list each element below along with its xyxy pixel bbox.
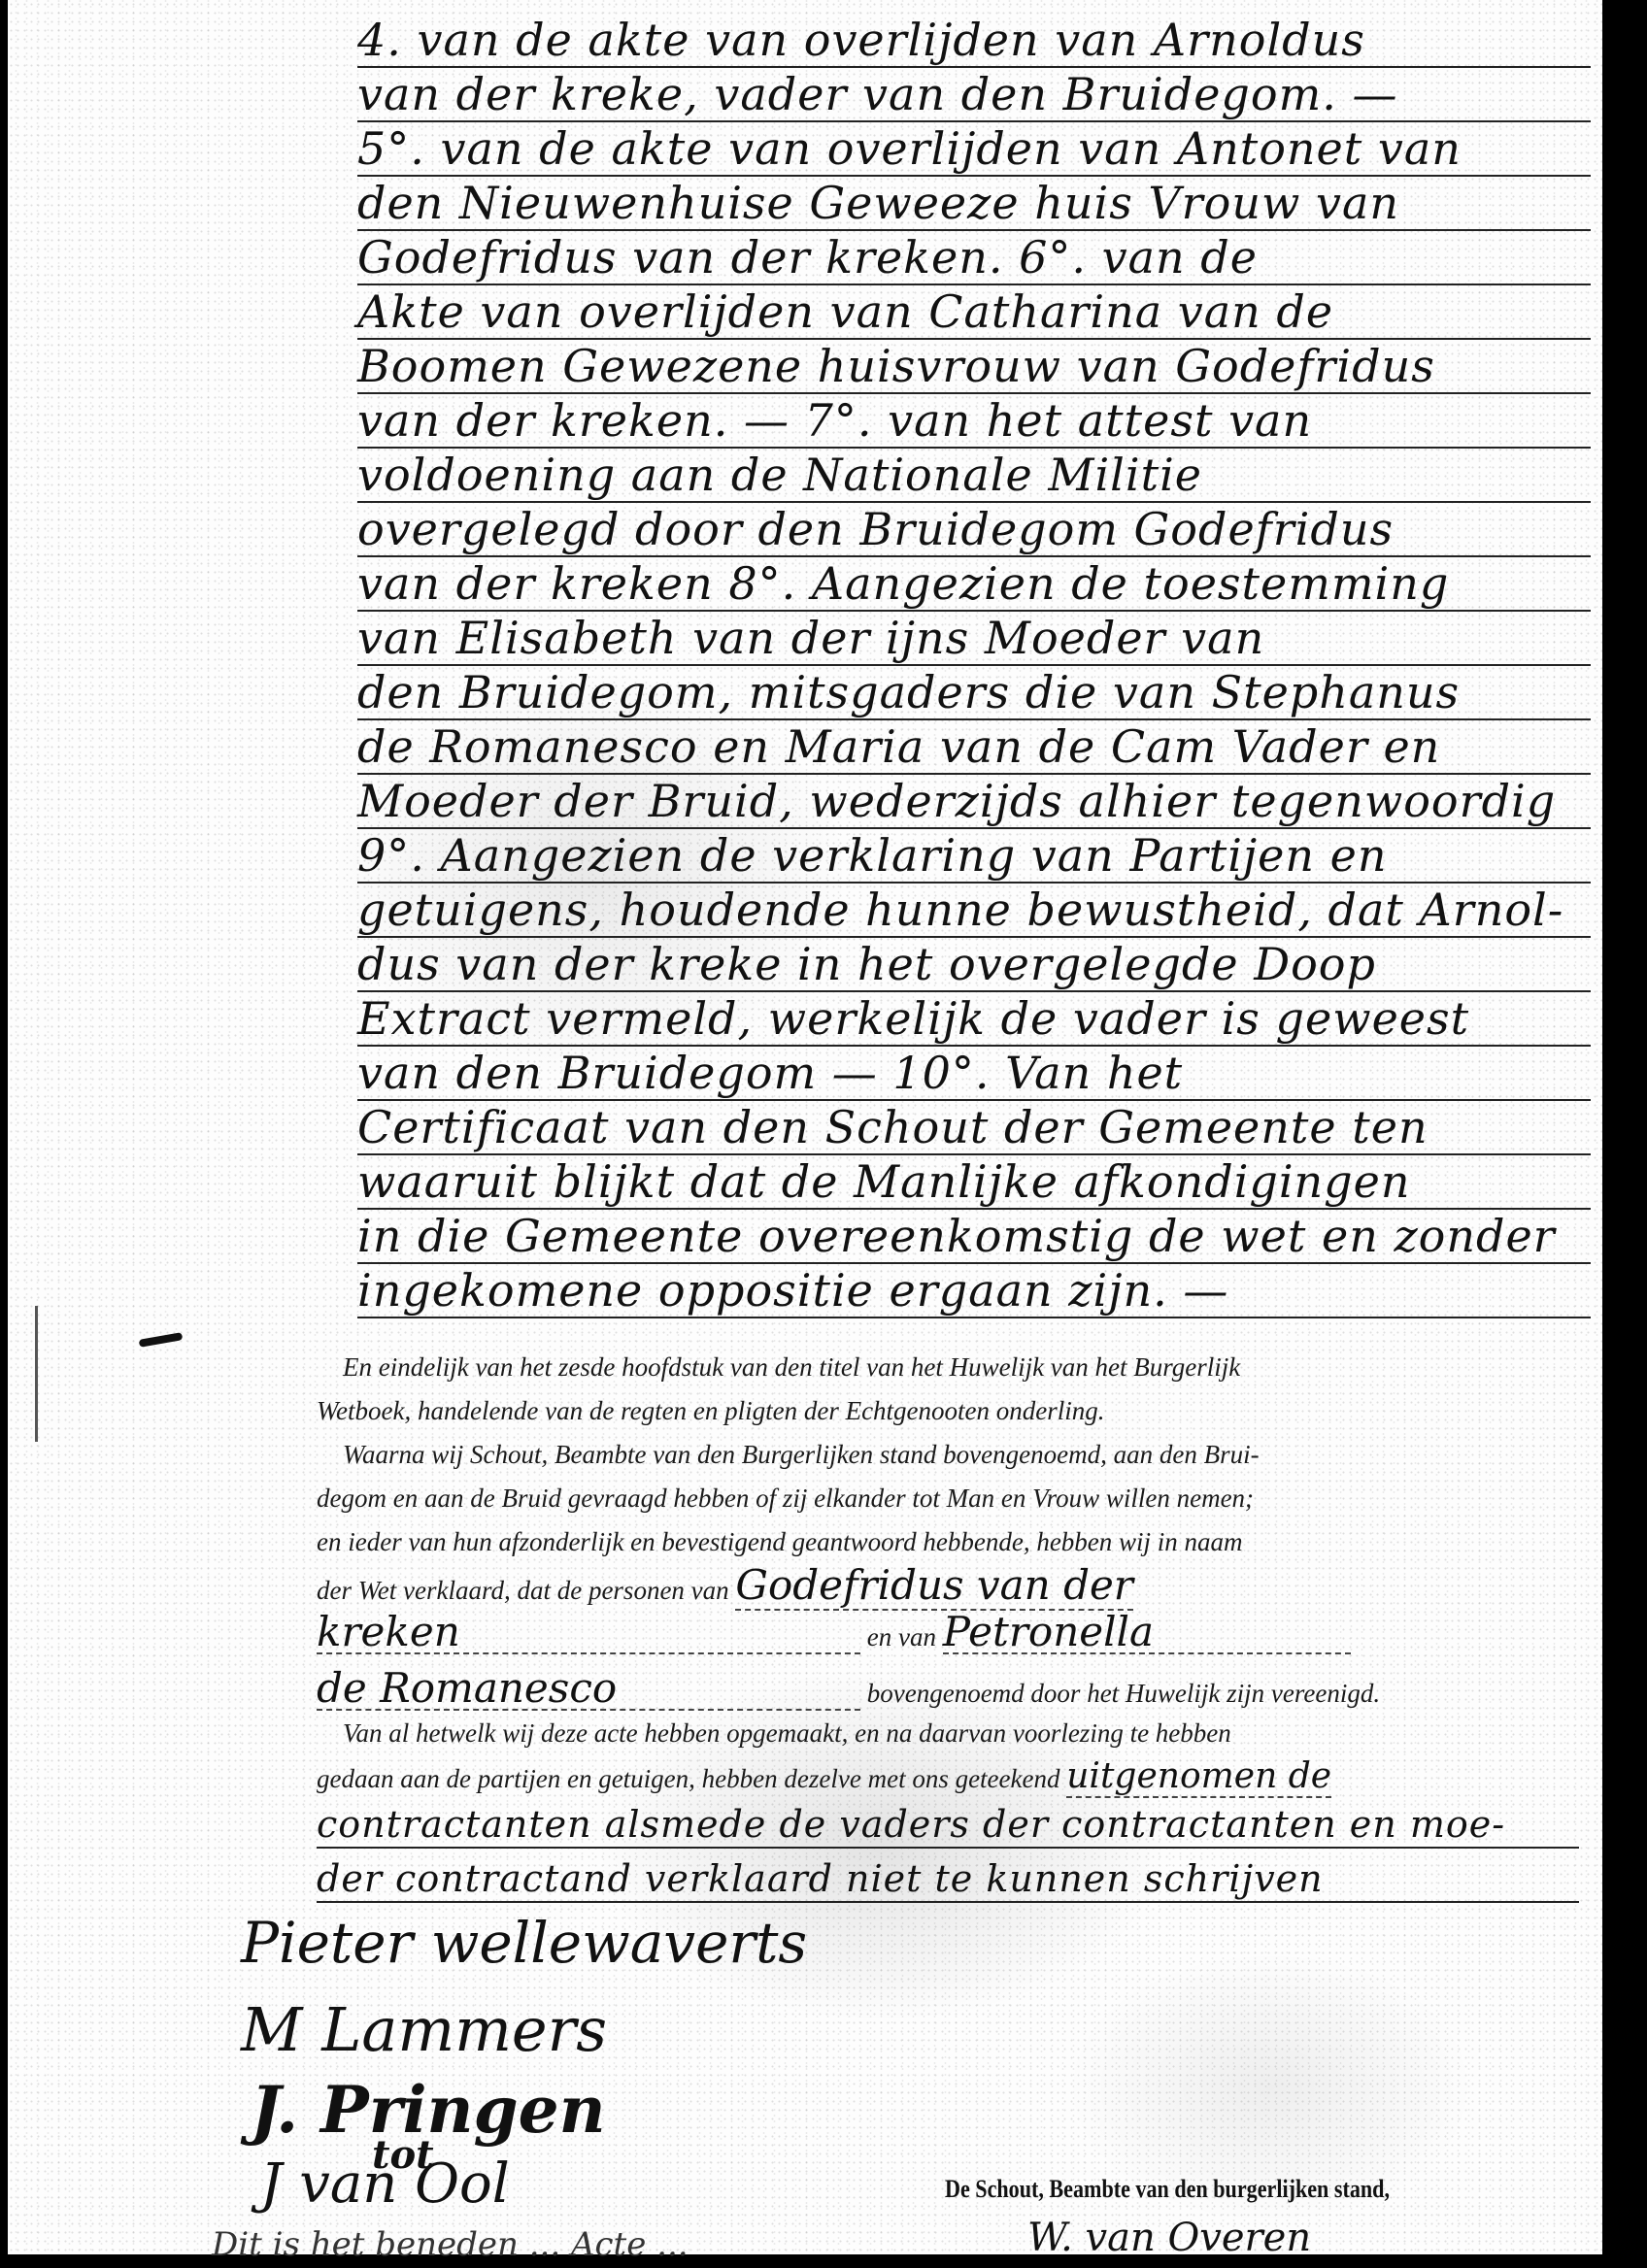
printed-text: gedaan aan de partijen en getuigen, hebb… [317,1764,1060,1793]
bride-name-field-cont: de Romanesco [317,1668,860,1711]
handwritten-line: 4. van de akte van overlijden van Arnold… [357,17,1591,68]
handwritten-line: overgelegd door den Bruidegom Godefridus [357,507,1591,557]
handwritten-line: getuigens, houdende hunne bewustheid, da… [357,887,1591,938]
handwritten-line: ingekomene oppositie ergaan zijn. — [357,1268,1591,1318]
handwritten-line: Moeder der Bruid, wederzijds alhier tege… [357,779,1591,829]
handwritten-line: Certificaat van den Schout der Gemeente … [357,1105,1591,1155]
groom-name-field: Godefridus van der [735,1561,1132,1611]
printed-line-signing: gedaan aan de partijen en getuigen, hebb… [317,1759,1331,1794]
handwritten-line: voldoening aan de Nationale Militie [357,452,1591,503]
handwritten-line: de Romanesco en Maria van de Cam Vader e… [357,724,1591,775]
printed-text: der Wet verklaard, dat de personen van [317,1576,729,1605]
signature-official: W. van Overen [1027,2218,1311,2257]
official-caption: De Schout, Beambte van den burgerlijken … [945,2175,1390,2204]
handwritten-line: 9°. Aangezien de verklaring van Partijen… [357,833,1591,884]
signature-annotation: tot [372,2136,434,2175]
handwritten-insert: uitgenomen de [1066,1756,1331,1798]
margin-rule [35,1306,38,1442]
printed-line: degom en aan de Bruid gevraagd hebben of… [317,1485,1254,1512]
handwritten-line: in die Gemeente overeenkomstig de wet en… [357,1214,1591,1264]
printed-text: en van [867,1622,936,1651]
printed-line: Van al hetwelk wij deze acte hebben opge… [343,1720,1231,1747]
printed-line: en ieder van hun afzonderlijk en bevesti… [317,1529,1243,1555]
margin-ink-mark [139,1332,184,1348]
handwritten-closing-line: der contractand verklaard niet te kunnen… [317,1860,1579,1903]
handwritten-closing-line: contractanten alsmede de vaders der cont… [317,1806,1579,1849]
handwritten-line: Extract vermeld, werkelijk de vader is g… [357,996,1591,1047]
printed-line: Waarna wij Schout, Beambte van den Burge… [343,1442,1260,1468]
printed-line-bride-cont: de Romanesco bovengenoemd door het Huwel… [317,1668,1380,1711]
handwritten-line: waaruit blijkt dat de Manlijke afkondigi… [357,1159,1591,1210]
document-page: 4. van de akte van overlijden van Arnold… [8,0,1602,2254]
handwritten-line: van der kreken. — 7°. van het attest van [357,398,1591,449]
printed-text: bovengenoemd door het Huwelijk zijn vere… [867,1679,1380,1708]
printed-line: En eindelijk van het zesde hoofdstuk van… [343,1354,1240,1381]
handwritten-line: den Bruidegom, mitsgaders die van Stepha… [357,670,1591,720]
signature-witness-2: M Lammers [241,2000,607,2060]
bottom-handwritten-fragment: Dit is het beneden ... Acte ... [212,2228,689,2261]
groom-name-field-cont: kreken [317,1612,860,1654]
signature-witness-1: Pieter wellewaverts [241,1915,807,1971]
printed-line-groom-cont: kreken en van Petronella [317,1612,1351,1654]
handwritten-line: Akte van overlijden van Catharina van de [357,289,1591,340]
handwritten-line: 5°. van de akte van overlijden van Anton… [357,126,1591,177]
printed-line-with-groom: der Wet verklaard, dat de personen van G… [317,1565,1133,1606]
printed-line: Wetboek, handelende van de regten en pli… [317,1398,1105,1424]
handwritten-line: dus van der kreke in het overgelegde Doo… [357,942,1591,992]
handwritten-line: van Elisabeth van der ijns Moeder van [357,616,1591,666]
handwritten-line: Godefridus van der kreken. 6°. van de [357,235,1591,285]
handwritten-line: van der kreke, vader van den Bruidegom. … [357,72,1591,122]
handwritten-line: van der kreken 8°. Aangezien de toestemm… [357,561,1591,612]
handwritten-line: Boomen Gewezene huisvrouw van Godefridus [357,344,1591,394]
handwritten-line: den Nieuwenhuise Geweeze huis Vrouw van [357,181,1591,231]
bride-name-field: Petronella [943,1612,1351,1654]
handwritten-line: van den Bruidegom — 10°. Van het [357,1051,1591,1101]
